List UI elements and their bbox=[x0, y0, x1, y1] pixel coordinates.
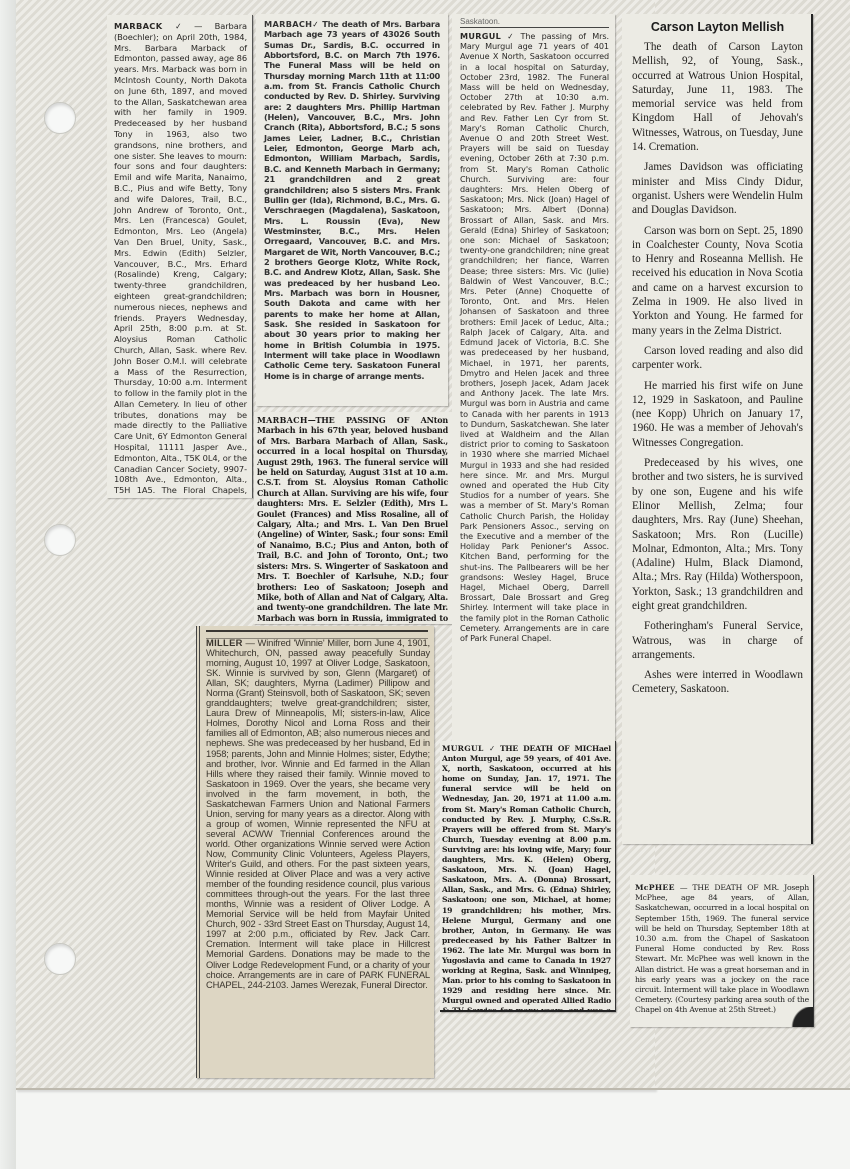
obituary-text: MURGUL ✓ THE DEATH OF MICHael Anton Murg… bbox=[442, 744, 611, 1012]
obituary-clipping-mellish-1983: Carson Layton Mellish The death of Carso… bbox=[622, 14, 813, 844]
obituary-paragraph: Ashes were interred in Woodlawn Cemetery… bbox=[632, 668, 803, 697]
obituary-text: MARBACH—THE PASSING OF ANton Marbach in … bbox=[257, 415, 448, 624]
obituary-paragraph: Carson loved reading and also did carpen… bbox=[632, 344, 803, 373]
header-rule-divider bbox=[206, 630, 428, 639]
obituary-body: The death of Mrs. Barbara Marbach age 73… bbox=[264, 19, 440, 381]
obituary-body: The passing of Mrs. Mary Murgul age 71 y… bbox=[460, 31, 609, 643]
checkmark-icon: ✓ bbox=[488, 744, 495, 755]
punch-hole bbox=[44, 102, 76, 134]
obituary-text: McPHEE — THE DEATH OF MR. Joseph McPhee,… bbox=[635, 883, 809, 1016]
obituary-paragraph: Predeceased by his wives, one brother an… bbox=[632, 456, 803, 613]
torn-corner bbox=[783, 1007, 813, 1027]
obituary-heading: Carson Layton Mellish bbox=[632, 20, 803, 34]
obituary-body: — Barbara (Boechler); on April 20th, 198… bbox=[114, 21, 247, 498]
checkmark-icon: ✓ bbox=[174, 21, 182, 32]
obituary-clipping-murgul-1971: MURGUL ✓ THE DEATH OF MICHael Anton Murg… bbox=[440, 741, 616, 1012]
obituary-clipping-mcphee-1969: McPHEE — THE DEATH OF MR. Joseph McPhee,… bbox=[630, 875, 814, 1027]
obituary-body: — Winifred 'Winnie' Miller, born June 4,… bbox=[206, 637, 430, 990]
previous-clipping-fragment: Saskatoon. bbox=[460, 17, 609, 28]
obituary-surname: MURGUL bbox=[460, 31, 501, 41]
obituary-text: MILLER — Winifred 'Winnie' Miller, born … bbox=[206, 638, 430, 990]
obituary-clipping-marbach-1976: MARBACH✓ The death of Mrs. Barbara Marba… bbox=[256, 14, 448, 406]
scrapbook-binding-edge bbox=[0, 0, 16, 1169]
obituary-paragraph: The death of Carson Layton Mellish, 92, … bbox=[632, 40, 803, 154]
punch-hole bbox=[44, 524, 76, 556]
obituary-body: — THE DEATH OF MR. Joseph McPhee, age 84… bbox=[635, 883, 809, 1014]
obituary-text: MURGUL ✓ The passing of Mrs. Mary Murgul… bbox=[460, 31, 609, 643]
obituary-clipping-marback-1984: MARBACK ✓ — Barbara (Boechler); on April… bbox=[107, 15, 253, 498]
obituary-paragraph: James Davidson was officiating minister … bbox=[632, 160, 803, 217]
obituary-surname: MARBACH bbox=[257, 415, 308, 425]
obituary-surname: MARBACH bbox=[264, 19, 312, 29]
obituary-surname: MURGUL bbox=[442, 744, 484, 753]
obituary-text: MARBACK ✓ — Barbara (Boechler); on April… bbox=[114, 21, 247, 498]
obituary-body: —THE PASSING OF ANton Marbach in his 67t… bbox=[257, 415, 448, 624]
checkmark-icon: ✓ bbox=[507, 31, 515, 42]
obituary-clipping-miller-1997: MILLER — Winifred 'Winnie' Miller, born … bbox=[196, 626, 434, 1078]
obituary-paragraph: Fotheringham's Funeral Service, Watrous,… bbox=[632, 619, 803, 662]
obituary-surname: McPHEE bbox=[635, 883, 675, 892]
obituary-paragraph: He married his first wife on June 12, 19… bbox=[632, 379, 803, 450]
obituary-text: MARBACH✓ The death of Mrs. Barbara Marba… bbox=[264, 19, 440, 381]
checkmark-icon: ✓ bbox=[312, 19, 320, 30]
obituary-surname: MARBACK bbox=[114, 21, 162, 31]
obituary-body: THE DEATH OF MICHael Anton Murgul, age 5… bbox=[442, 744, 611, 1012]
obituary-paragraph: Carson was born on Sept. 25, 1890 in Coa… bbox=[632, 224, 803, 338]
obituary-clipping-marbach-1963: MARBACH—THE PASSING OF ANton Marbach in … bbox=[254, 412, 452, 624]
punch-hole bbox=[44, 943, 76, 975]
